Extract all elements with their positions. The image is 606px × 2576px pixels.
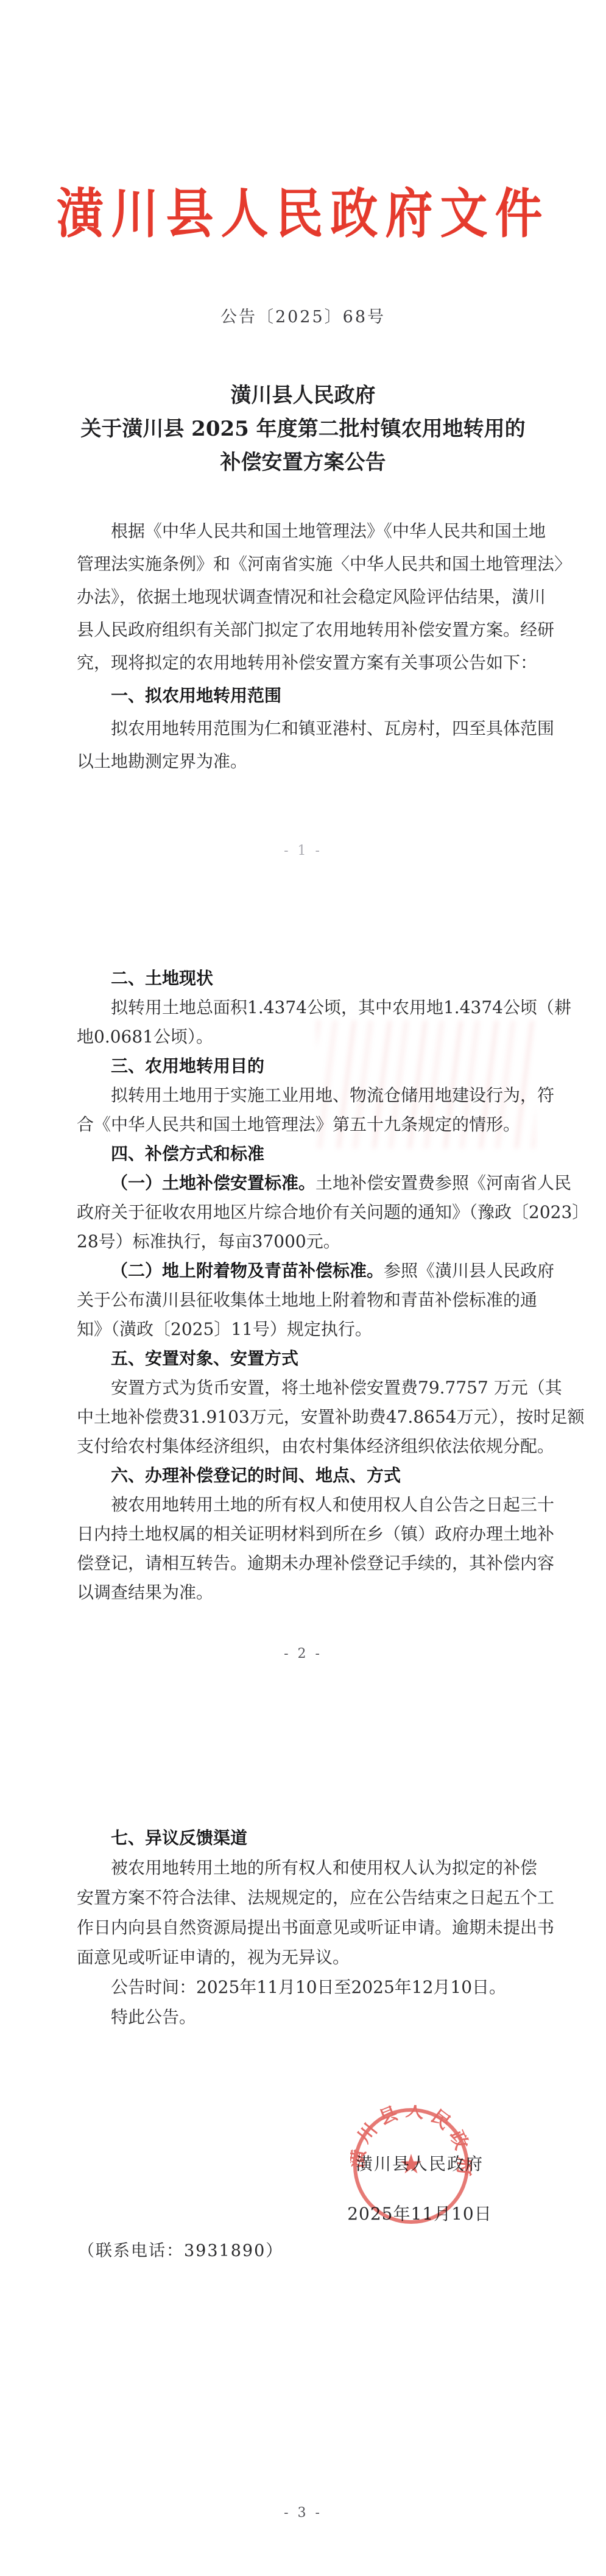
doc-line: 以调查结果为准。 (77, 1578, 540, 1607)
doc-line: 县人民政府组织有关部门拟定了农用地转用补偿安置方案。经研 (77, 614, 540, 646)
doc-line: 作日内向县自然资源局提出书面意见或听证申请。逾期未提出书 (77, 1913, 540, 1942)
doc-line: 知》（潢政〔2025〕11号）规定执行。 (77, 1315, 540, 1344)
document-number: 公告〔2025〕68号 (0, 303, 606, 327)
page-number-1: - 1 - (0, 843, 606, 858)
doc-line: 七、异议反馈渠道 (77, 1823, 540, 1853)
doc-line: 管理法实施条例》和《河南省实施〈中华人民共和国土地管理法〉 (77, 548, 540, 581)
doc-line: 六、办理补偿登记的时间、地点、方式 (77, 1461, 540, 1490)
doc-line: 以土地勘测定界为准。 (77, 745, 540, 778)
doc-line: 四、补偿方式和标准 (77, 1139, 540, 1169)
doc-line: 拟农用地转用范围为仁和镇亚港村、瓦房村，四至具体范围 (77, 712, 540, 745)
doc-line: 关于公布潢川县征收集体土地地上附着物和青苗补偿标准的通 (77, 1286, 540, 1315)
page2-body: 二、土地现状拟转用土地总面积1.4374公顷，其中农用地1.4374公顷（耕地0… (77, 964, 540, 1607)
doc-line: 被农用地转用土地的所有权人和使用权人认为拟定的补偿 (77, 1853, 540, 1883)
page3-body: 七、异议反馈渠道被农用地转用土地的所有权人和使用权人认为拟定的补偿安置方案不符合… (77, 1823, 540, 2032)
page-number-2: - 2 - (0, 1646, 606, 1661)
title-line-1: 潢川县人民政府 (0, 379, 606, 412)
doc-line: 面意见或听证申请的，视为无异议。 (77, 1942, 540, 1972)
doc-line: 办法》，依据土地现状调查情况和社会稳定风险评估结果，潢川 (77, 581, 540, 614)
title-line-3: 补偿安置方案公告 (0, 446, 606, 479)
doc-line: 支付给农村集体经济组织，由农村集体经济组织依法依规分配。 (77, 1432, 540, 1461)
issuing-authority: 潢川县人民政府 (347, 2151, 493, 2175)
contact-phone: （联系电话：3931890） (78, 2237, 283, 2261)
doc-line: 安置方式为货币安置，将土地补偿安置费79.7757 万元（其 (77, 1373, 540, 1403)
government-banner-title: 潢川县人民政府文件 (0, 171, 606, 247)
doc-line: 五、安置对象、安置方式 (77, 1344, 540, 1373)
title-line-2: 关于潢川县 2025 年度第二批村镇农用地转用的 (0, 412, 606, 446)
signature-block: 潢川县人民政府 2025年11月10日 (347, 2151, 493, 2225)
doc-line: （一）土地补偿安置标准。土地补偿安置费参照《河南省人民 (77, 1169, 540, 1198)
doc-line: 公告时间：2025年11月10日至2025年12月10日。 (77, 1972, 540, 2002)
page1-body: 根据《中华人民共和国土地管理法》《中华人民共和国土地管理法实施条例》和《河南省实… (77, 515, 540, 778)
doc-line: 合《中华人民共和国土地管理法》第五十九条规定的情形。 (77, 1110, 540, 1139)
doc-line: （二）地上附着物及青苗补偿标准。参照《潢川县人民政府 (77, 1256, 540, 1286)
doc-line: 地0.0681公顷）。 (77, 1022, 540, 1052)
doc-line: 日内持土地权属的相关证明材料到所在乡（镇）政府办理土地补 (77, 1520, 540, 1549)
doc-line: 政府关于征收农用地区片综合地价有关问题的通知》（豫政〔2023〕 (77, 1198, 540, 1227)
doc-line: 二、土地现状 (77, 964, 540, 993)
doc-line: 拟转用土地总面积1.4374公顷，其中农用地1.4374公顷（耕 (77, 993, 540, 1022)
document-title: 潢川县人民政府 关于潢川县 2025 年度第二批村镇农用地转用的 补偿安置方案公… (0, 379, 606, 479)
doc-line: 拟转用土地用于实施工业用地、物流仓储用地建设行为，符 (77, 1081, 540, 1110)
doc-line: 特此公告。 (77, 2002, 540, 2032)
issue-date: 2025年11月10日 (347, 2201, 493, 2225)
doc-line: 28号）标准执行，每亩37000元。 (77, 1227, 540, 1256)
scanned-document-page: 潢川县人民政府文件 公告〔2025〕68号 潢川县人民政府 关于潢川县 2025… (0, 0, 606, 2576)
doc-line: 究，现将拟定的农用地转用补偿安置方案有关事项公告如下： (77, 646, 540, 679)
doc-line: 一、拟农用地转用范围 (77, 679, 540, 712)
doc-line: 中土地补偿费31.9103万元，安置补助费47.8654万元），按时足额 (77, 1403, 540, 1432)
page-number-3: - 3 - (0, 2505, 606, 2521)
doc-line: 三、农用地转用目的 (77, 1052, 540, 1081)
doc-line: 根据《中华人民共和国土地管理法》《中华人民共和国土地 (77, 515, 540, 548)
doc-line: 被农用地转用土地的所有权人和使用权人自公告之日起三十 (77, 1490, 540, 1520)
doc-line: 偿登记，请相互转告。逾期未办理补偿登记手续的，其补偿内容 (77, 1549, 540, 1578)
doc-line: 安置方案不符合法律、法规规定的，应在公告结束之日起五个工 (77, 1883, 540, 1913)
